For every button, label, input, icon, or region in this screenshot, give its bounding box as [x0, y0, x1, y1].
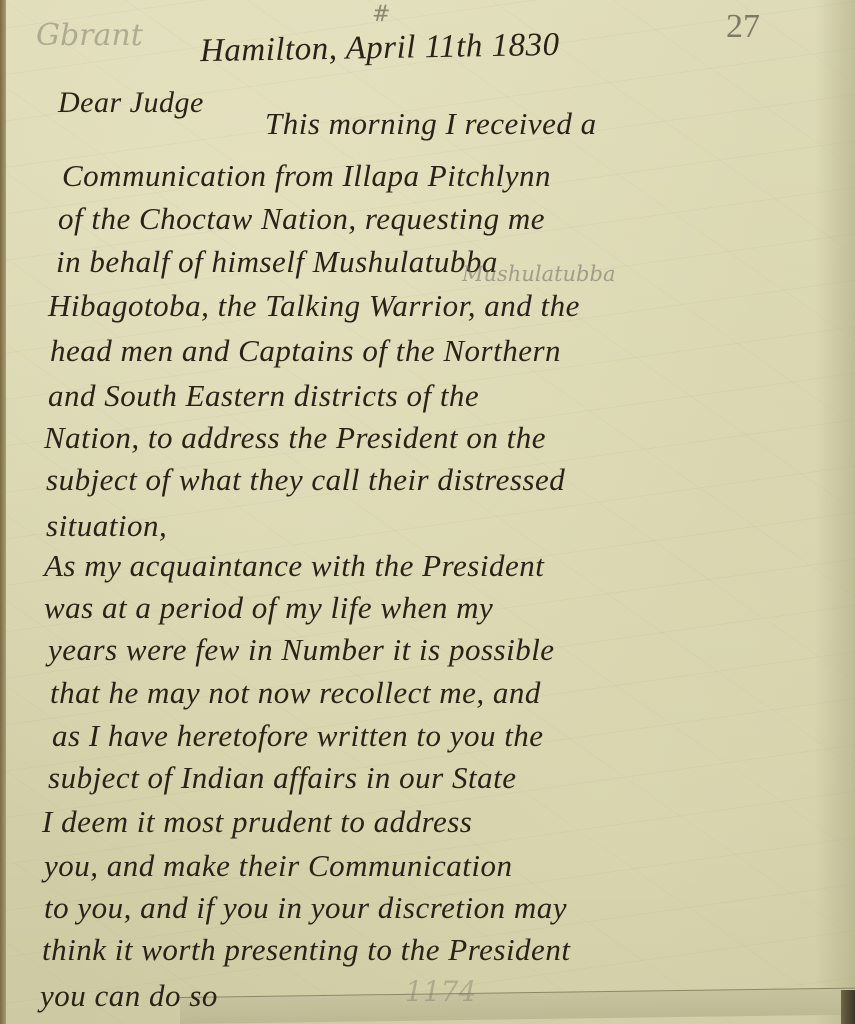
bottom-page-edge [180, 988, 855, 1024]
scanned-letter-page: Gbrant # 27 Hamilton, April 11th 1830 De… [0, 0, 855, 1024]
bottom-right-corner [841, 990, 855, 1024]
left-binding-edge [0, 0, 6, 1024]
right-page-shadow [815, 0, 855, 1024]
letter-line-13: years were few in Number it is possible [48, 632, 555, 668]
letter-line-2: Communication from Illapa Pitchlynn [62, 158, 551, 194]
letter-line-5: Hibagotoba, the Talking Warrior, and the [48, 288, 580, 324]
letter-line-19: to you, and if you in your discretion ma… [44, 890, 567, 926]
letter-line-11: As my acquaintance with the President [44, 548, 544, 584]
pencil-mark-top-left: Gbrant [36, 18, 143, 53]
letter-line-16: subject of Indian affairs in our State [48, 760, 517, 796]
letter-line-4: in behalf of himself Mushulatubba [56, 244, 498, 280]
dateline: Hamilton, April 11th 1830 [200, 27, 560, 70]
letter-line-9: subject of what they call their distress… [46, 462, 565, 498]
letter-line-8: Nation, to address the President on the [44, 420, 546, 456]
letter-line-12: was at a period of my life when my [44, 590, 493, 626]
letter-line-20: think it worth presenting to the Preside… [42, 932, 570, 968]
letter-line-18: you, and make their Communication [44, 848, 513, 884]
letter-line-17: I deem it most prudent to address [42, 804, 472, 840]
letter-line-21: you can do so [40, 978, 218, 1014]
pencil-annotation-mushulatubba: Mushulatubba [462, 262, 615, 286]
letter-line-15: as I have heretofore written to you the [52, 718, 544, 754]
page-number: 27 [726, 8, 760, 46]
letter-line-3: of the Choctaw Nation, requesting me [58, 201, 545, 237]
letter-line-6: head men and Captains of the Northern [50, 333, 561, 369]
letter-line-10: situation, [46, 508, 167, 544]
pencil-mark-top-center: # [372, 2, 390, 27]
pencil-mark-bottom: 1174 [405, 975, 476, 1008]
salutation: Dear Judge [58, 86, 204, 120]
letter-line-1: This morning I received a [265, 106, 597, 142]
letter-line-7: and South Eastern districts of the [48, 378, 479, 414]
letter-line-14: that he may not now recollect me, and [50, 675, 541, 711]
